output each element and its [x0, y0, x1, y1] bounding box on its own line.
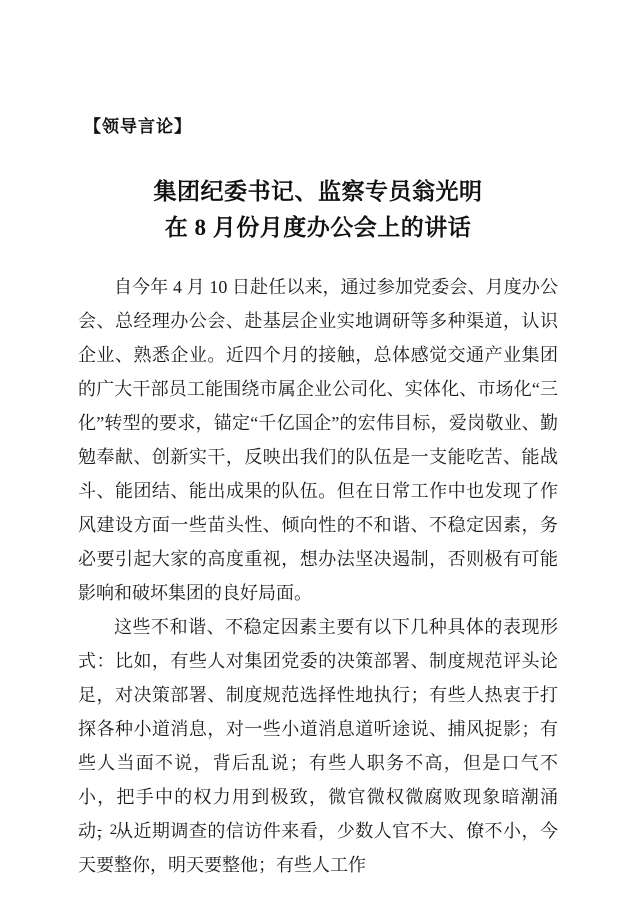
- paragraph-1: 自今年 4 月 10 日赴任以来，通过参加党委会、月度办公会、总经理办公会、赴基…: [78, 270, 558, 610]
- paragraph-2: 这些不和谐、不稳定因素主要有以下几种具体的表现形式：比如，有些人对集团党委的决策…: [78, 610, 558, 882]
- document-page: 【领导言论】 集团纪委书记、监察专员翁光明 在 8 月份月度办公会上的讲话 自今…: [0, 0, 636, 900]
- page-number: - 2 -: [97, 822, 132, 839]
- document-body: 自今年 4 月 10 日赴任以来，通过参加党委会、月度办公会、总经理办公会、赴基…: [78, 270, 558, 882]
- document-title: 集团纪委书记、监察专员翁光明 在 8 月份月度办公会上的讲话: [78, 174, 558, 246]
- title-line-2: 在 8 月份月度办公会上的讲话: [78, 210, 558, 246]
- section-header: 【领导言论】: [84, 112, 192, 137]
- title-line-1: 集团纪委书记、监察专员翁光明: [78, 174, 558, 210]
